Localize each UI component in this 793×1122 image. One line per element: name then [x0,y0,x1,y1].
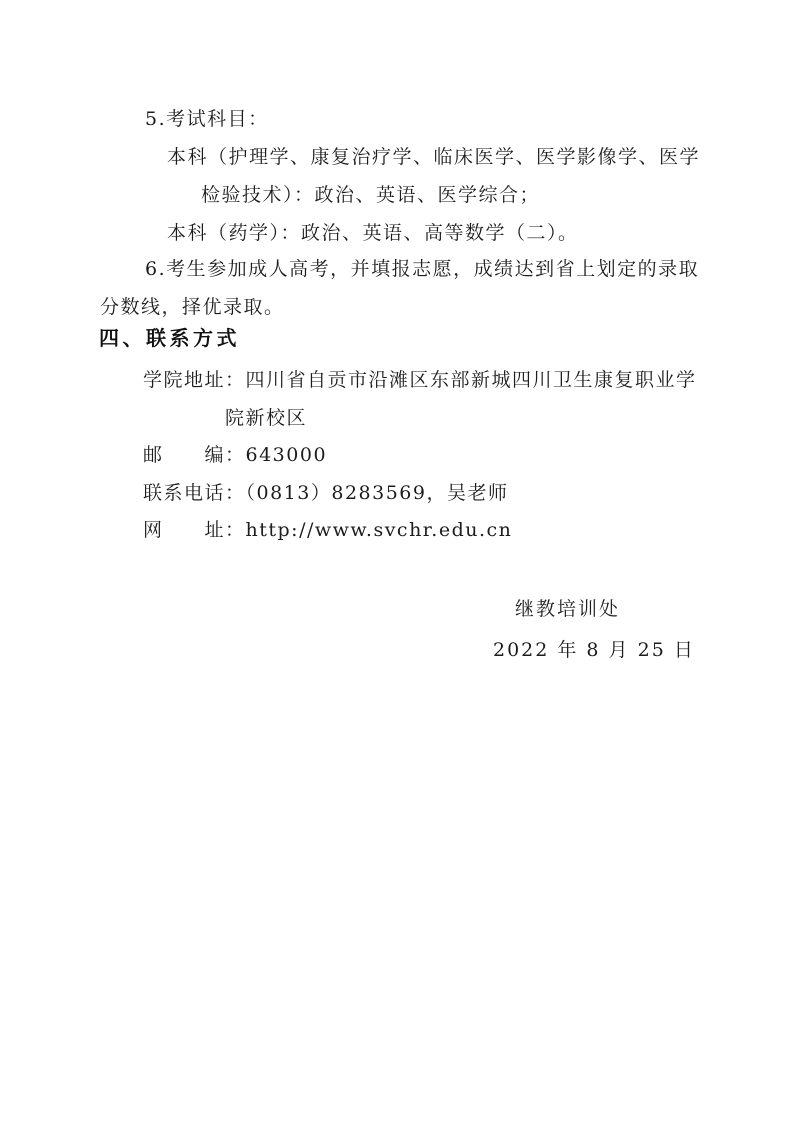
contact-section-heading: 四、联系方式 [99,327,240,349]
document-page: 5.考试科目： 本科（护理学、康复治疗学、临床医学、医学影像学、医学 检验技术）… [0,0,793,1122]
exam-subjects-pharmacy: 本科（药学）：政治、英语、高等数学（二）。 [167,222,579,244]
admission-policy-line1: 6.考生参加成人高考，并填报志愿，成绩达到省上划定的录取 [145,258,699,280]
website-line: 网 址：http://www.svchr.edu.cn [143,519,512,541]
college-address-line2: 院新校区 [225,407,307,429]
exam-subjects-medical-line2: 检验技术）：政治、英语、医学综合； [201,184,540,206]
admission-policy-line2: 分数线，择优录取。 [100,296,285,318]
exam-subjects-medical-line1: 本科（护理学、康复治疗学、临床医学、医学影像学、医学 [167,146,700,168]
college-address-line1: 学院地址：四川省自贡市沿滩区东部新城四川卫生康复职业学 [143,369,697,391]
signature-department: 继教培训处 [515,598,620,620]
phone-line: 联系电话：（0813）8283569，吴老师 [143,482,508,504]
exam-subjects-heading: 5.考试科目： [145,108,269,130]
signature-date: 2022 年 8 月 25 日 [493,639,695,661]
postal-code-line: 邮 编：643000 [143,444,327,466]
